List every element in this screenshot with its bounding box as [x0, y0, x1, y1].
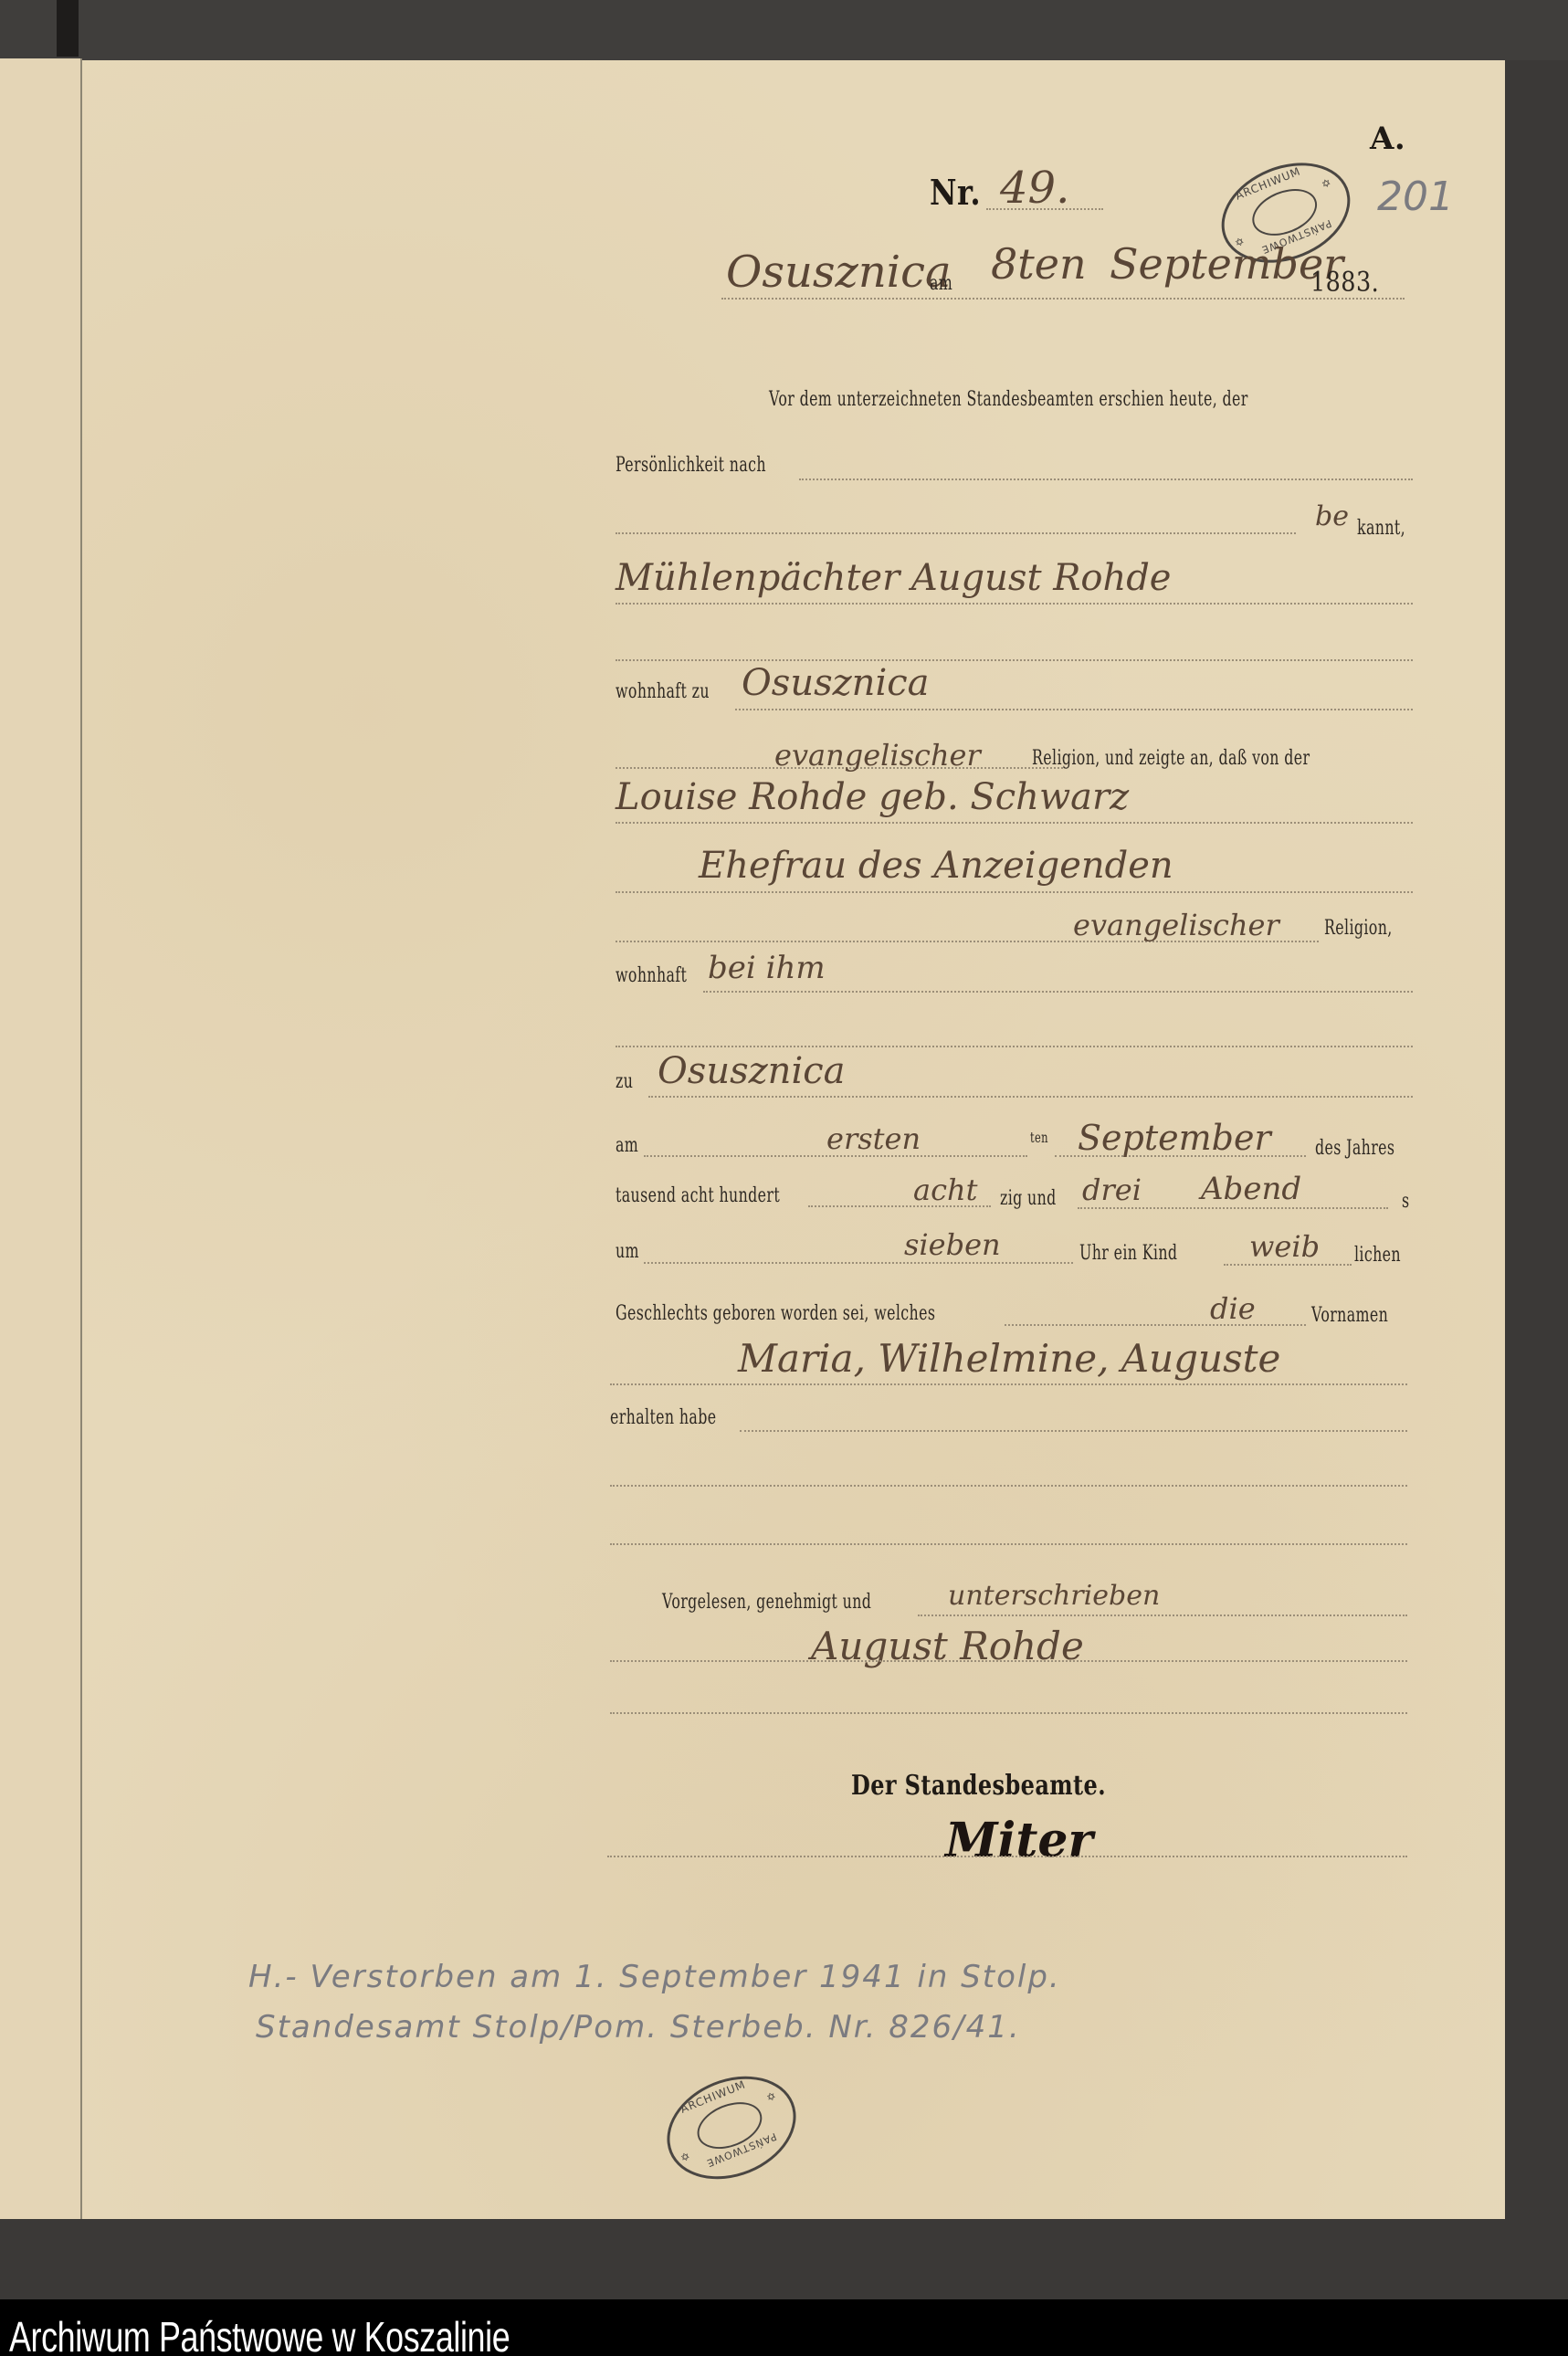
geschlechts-label: Geschlechts geboren worden sei, welches [616, 1302, 935, 1325]
form-line [644, 1262, 1073, 1264]
informant-religion: evangelischer [774, 738, 981, 773]
record-label: Nr. [930, 172, 981, 213]
zig-und-label: zig und [1000, 1187, 1057, 1210]
form-line [740, 1430, 1407, 1432]
registration-day: 8ten [991, 239, 1087, 289]
wohnhaft-label: wohnhaft [616, 964, 687, 987]
lichen-label: lichen [1354, 1244, 1401, 1267]
record-number: 49. [1000, 163, 1069, 214]
form-line [607, 1856, 1407, 1857]
uhr-ein-kind-label: Uhr ein Kind [1079, 1242, 1177, 1265]
form-line [610, 1660, 1407, 1662]
birth-day: ersten [826, 1121, 921, 1156]
am-label: am [930, 272, 952, 295]
child-given-names: Maria, Wilhelmine, Auguste [738, 1336, 1280, 1381]
bekannt-label: kannt, [1357, 517, 1405, 540]
form-line [616, 1046, 1413, 1047]
document-page [82, 60, 1505, 2219]
year-ones: drei [1082, 1173, 1142, 1207]
form-line [918, 1614, 1407, 1616]
registration-place: Osusznica [726, 247, 952, 298]
form-letter: A. [1370, 121, 1405, 157]
form-line [616, 822, 1413, 824]
form-line [1005, 1324, 1306, 1326]
vorgelesen-label: Vorgelesen, genehmigt und [662, 1591, 871, 1614]
form-line [799, 479, 1413, 480]
form-line [616, 603, 1413, 605]
mother-religion: evangelischer [1073, 908, 1279, 942]
page-fold-line [80, 58, 82, 2219]
residence-place: Osusznica [742, 662, 930, 704]
informant-name: Mühlenpächter August Rohde [616, 557, 1171, 599]
date-line [721, 298, 1405, 300]
form-line [735, 709, 1413, 710]
persoenlichkeit-label: Persönlichkeit nach [616, 454, 766, 477]
des-jahres-label: des Jahres [1315, 1137, 1394, 1160]
unterschrieben-value: unterschrieben [948, 1580, 1160, 1612]
form-line [1078, 1207, 1388, 1209]
time-of-day: Abend [1201, 1171, 1301, 1207]
official-signature: Miter [945, 1813, 1093, 1868]
s-label: s [1402, 1190, 1409, 1213]
registration-month: September [1110, 239, 1343, 289]
mother-relation: Ehefrau des Anzeigenden [699, 845, 1173, 887]
book-binding [57, 0, 79, 57]
bekannt-handwritten: be [1315, 500, 1349, 532]
wohnhaft-zu-label: wohnhaft zu [616, 680, 710, 703]
form-line [616, 532, 1296, 534]
zu-label: zu [616, 1070, 633, 1093]
am-birth-label: am [616, 1134, 638, 1157]
star-icon: ✡ [679, 2150, 692, 2165]
birth-hour: sieben [904, 1227, 1001, 1262]
archive-footer-label: Archiwum Państwowe w Koszalinie [9, 2312, 510, 2356]
erhalten-habe-label: erhalten habe [610, 1406, 716, 1429]
die-value: die [1210, 1291, 1256, 1326]
star-icon: ✡ [764, 2089, 778, 2105]
form-line [610, 1383, 1407, 1385]
mother-residence: bei ihm [708, 950, 826, 986]
um-label: um [616, 1240, 639, 1263]
birth-place: Osusznica [658, 1050, 846, 1092]
religion-label: Religion, und zeigte an, daß von der [1032, 747, 1310, 770]
ten-label: ten [1030, 1129, 1048, 1146]
tausend-label: tausend acht hundert [616, 1184, 780, 1207]
child-sex: weib [1249, 1229, 1320, 1264]
form-line [610, 1543, 1407, 1545]
mother-name: Louise Rohde geb. Schwarz [616, 776, 1129, 818]
form-line [610, 1712, 1407, 1714]
form-line [648, 1096, 1413, 1098]
form-line [610, 1485, 1407, 1487]
facing-page-edge [0, 58, 81, 2219]
record-number-line [986, 208, 1103, 210]
form-line [703, 991, 1413, 993]
death-annotation-line-2: Standesamt Stolp/Pom. Sterbeb. Nr. 826/4… [256, 2009, 1021, 2046]
form-line [616, 659, 1413, 661]
vornamen-label: Vornamen [1311, 1304, 1388, 1327]
form-line [616, 891, 1413, 893]
official-title: Der Standesbeamte. [851, 1770, 1106, 1802]
religion-label-2: Religion, [1324, 917, 1393, 940]
intro-text: Vor dem unterzeichneten Standesbeamten e… [769, 388, 1248, 411]
death-annotation-line-1: H.- Verstorben am 1. September 1941 in S… [248, 1959, 1061, 1995]
birth-month: September [1078, 1118, 1271, 1158]
form-line [1224, 1264, 1352, 1266]
year-tens: acht [913, 1173, 977, 1207]
archive-page-number: 201 [1377, 174, 1454, 220]
registration-year: 1883. [1310, 267, 1379, 299]
star-icon: ✡ [1320, 176, 1333, 192]
scanner-background-top [0, 0, 1568, 60]
